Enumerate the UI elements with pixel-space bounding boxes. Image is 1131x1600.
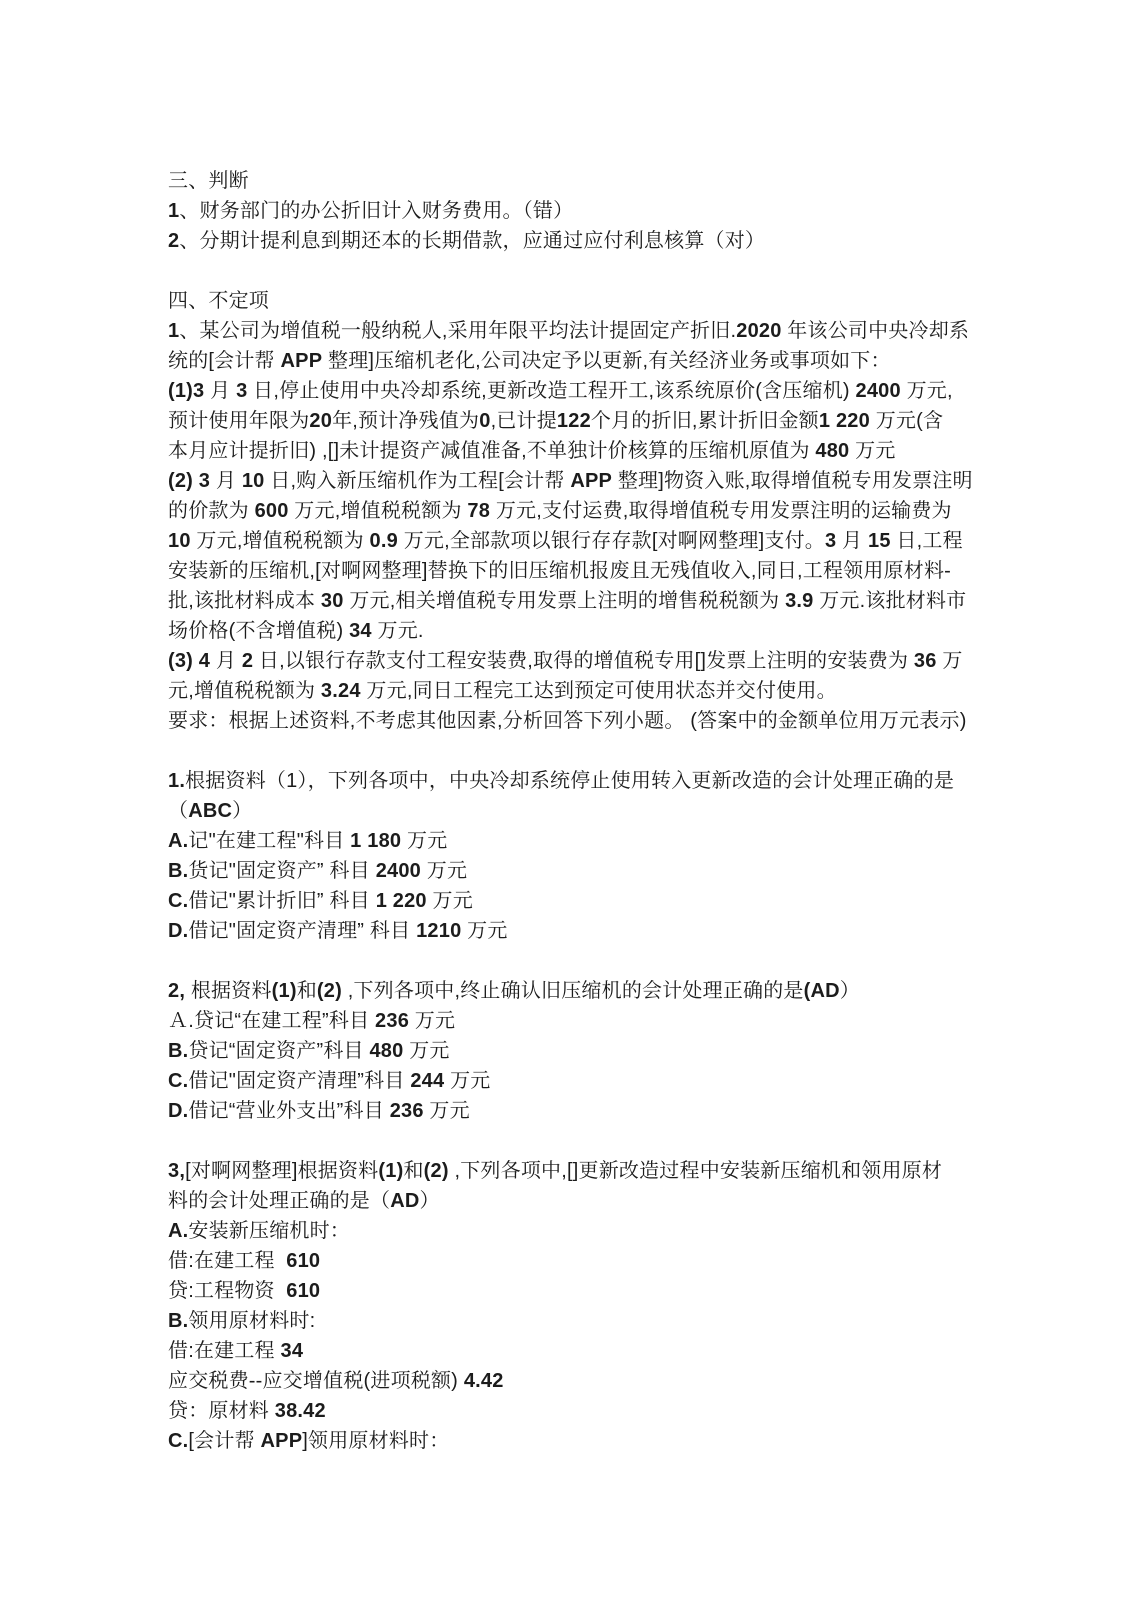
text-segment: 借记"固定资产清理”科目 bbox=[188, 1070, 410, 1092]
bold-text-segment: 10 bbox=[168, 530, 191, 552]
text-segment: ,下列各项中,终止确认旧压缩机的会计处理正确的是 bbox=[342, 980, 804, 1002]
text-segment: ,下列各项中,[]更新改造过程中安装新压缩机和领用原材 bbox=[449, 1160, 942, 1182]
text-line: (3) 4 月 2 日,以银行存款支付工程安装费,取得的增值税专用[]发票上注明… bbox=[168, 646, 1001, 676]
text-line: 贷：原材料 38.42 bbox=[168, 1396, 1001, 1426]
text-segment: 日,购入新压缩机作为工程[会计帮 bbox=[265, 470, 571, 492]
text-segment: （ bbox=[168, 800, 188, 822]
bold-text-segment: AD bbox=[390, 1190, 419, 1212]
text-segment: 、分期计提利息到期还本的长期借款，应通过应付利息核算（对） bbox=[179, 230, 765, 252]
bold-text-segment: 3 bbox=[236, 380, 247, 402]
text-segment: 领用原材料时: bbox=[188, 1310, 315, 1332]
text-segment: 安装新的压缩机,[对啊网整理]替换下的旧压缩机报废且无残值收入,同日,工程领用原… bbox=[168, 560, 951, 582]
bold-text-segment: D. bbox=[168, 1100, 188, 1122]
text-segment: 、财务部门的办公折旧计入财务费用。（错） bbox=[179, 200, 573, 222]
text-line: 安装新的压缩机,[对啊网整理]替换下的旧压缩机报废且无残值收入,同日,工程领用原… bbox=[168, 556, 1001, 586]
bold-text-segment: 0.9 bbox=[370, 530, 398, 552]
bold-text-segment: (2) bbox=[424, 1160, 449, 1182]
bold-text-segment: B. bbox=[168, 1040, 188, 1062]
bold-text-segment: 3 bbox=[825, 530, 836, 552]
bold-text-segment: 1 bbox=[168, 200, 179, 222]
text-segment: Ａ.贷记“在建工程”科目 bbox=[168, 1010, 375, 1032]
bold-text-segment: A. bbox=[168, 830, 188, 852]
text-segment: 日,停止使用中央冷却系统,更新改造工程开工,该系统原价(含压缩机) bbox=[247, 380, 855, 402]
bold-text-segment: 236 bbox=[375, 1010, 409, 1032]
text-line: 2, 根据资料(1)和(2) ,下列各项中,终止确认旧压缩机的会计处理正确的是(… bbox=[168, 976, 1001, 1006]
text-segment: 预计使用年限为 bbox=[168, 410, 309, 432]
bold-text-segment: 34 bbox=[349, 620, 372, 642]
bold-text-segment: A. bbox=[168, 1220, 188, 1242]
text-segment: 万元,同日工程完工达到预定可使用状态并交付使用。 bbox=[361, 680, 837, 702]
bold-text-segment: C. bbox=[168, 1430, 188, 1452]
bold-text-segment: (1)3 bbox=[168, 380, 204, 402]
text-segment: 万元,增值税税额为 bbox=[191, 530, 370, 552]
text-segment: 月 bbox=[836, 530, 868, 552]
text-line: 元,增值税税额为 3.24 万元,同日工程完工达到预定可使用状态并交付使用。 bbox=[168, 676, 1001, 706]
text-line: C.[会计帮 APP]领用原材料时： bbox=[168, 1426, 1001, 1456]
text-segment: 日,工程 bbox=[891, 530, 963, 552]
text-segment: 万元 bbox=[409, 1010, 455, 1032]
bold-text-segment: 78 bbox=[467, 500, 490, 522]
bold-text-segment: 2400 bbox=[856, 380, 901, 402]
text-line: 批,该批材料成本 30 万元,相关增值税专用发票上注明的增售税税额为 3.9 万… bbox=[168, 586, 1001, 616]
text-segment: 万元 bbox=[444, 1070, 490, 1092]
text-line: C.借记"累计折旧” 科目 1 220 万元 bbox=[168, 886, 1001, 916]
text-line: 要求：根据上述资料,不考虑其他因素,分析回答下列小题。 (答案中的金额单位用万元… bbox=[168, 706, 1001, 736]
text-segment: ,已计提 bbox=[491, 410, 557, 432]
text-segment: 贷：原材料 bbox=[168, 1400, 275, 1422]
text-segment: 记"在建工程"科目 bbox=[188, 830, 350, 852]
text-segment: 贷记“固定资产”科目 bbox=[188, 1040, 369, 1062]
text-segment: 月 bbox=[210, 650, 242, 672]
text-segment: 和 bbox=[403, 1160, 423, 1182]
text-segment: 应交税费--应交增值税(进项税额) bbox=[168, 1370, 464, 1392]
text-segment: ） bbox=[420, 1190, 440, 1212]
bold-text-segment: 2, bbox=[168, 980, 185, 1002]
bold-text-segment: 1. bbox=[168, 770, 185, 792]
bold-text-segment: 4.42 bbox=[464, 1370, 504, 1392]
bold-text-segment: APP bbox=[570, 470, 612, 492]
text-line: 三、判断 bbox=[168, 166, 1001, 196]
bold-text-segment: 2400 bbox=[376, 860, 421, 882]
text-segment: 根据资料（1），下列各项中，中央冷却系统停止使用转入更新改造的会计处理正确的是 bbox=[185, 770, 954, 792]
bold-text-segment: 0 bbox=[479, 410, 490, 432]
text-segment: 年,预计净残值为 bbox=[332, 410, 479, 432]
text-segment: 根据资料 bbox=[185, 980, 272, 1002]
text-segment: ） bbox=[232, 800, 252, 822]
text-segment: 万元 bbox=[427, 890, 473, 912]
text-segment: 货记"固定资产” 科目 bbox=[188, 860, 375, 882]
text-segment: 万元 bbox=[403, 1040, 449, 1062]
text-segment: 日,以银行存款支付工程安装费,取得的增值税专用[]发票上注明的安装费为 bbox=[253, 650, 914, 672]
text-line: B.领用原材料时: bbox=[168, 1306, 1001, 1336]
blank-line bbox=[168, 946, 1001, 976]
bold-text-segment: 600 bbox=[255, 500, 289, 522]
text-segment: 万元,增值税税额为 bbox=[289, 500, 468, 522]
bold-text-segment: 122 bbox=[557, 410, 591, 432]
text-line: 2、分期计提利息到期还本的长期借款，应通过应付利息核算（对） bbox=[168, 226, 1001, 256]
text-line: 四、不定项 bbox=[168, 286, 1001, 316]
text-segment: 借:在建工程 bbox=[168, 1250, 286, 1272]
bold-text-segment: 38.42 bbox=[275, 1400, 326, 1422]
text-segment: 整理]物资入账,取得增值税专用发票注明 bbox=[612, 470, 973, 492]
bold-text-segment: B. bbox=[168, 860, 188, 882]
bold-text-segment: APP bbox=[281, 350, 323, 372]
text-segment: 万元, bbox=[901, 380, 953, 402]
bold-text-segment: 480 bbox=[815, 440, 849, 462]
bold-text-segment: 480 bbox=[369, 1040, 403, 1062]
text-line: (1)3 月 3 日,停止使用中央冷却系统,更新改造工程开工,该系统原价(含压缩… bbox=[168, 376, 1001, 406]
bold-text-segment: (2) bbox=[317, 980, 342, 1002]
text-line: 1、某公司为增值税一般纳税人,采用年限平均法计提固定产折旧.2020 年该公司中… bbox=[168, 316, 1001, 346]
bold-text-segment: 1 180 bbox=[350, 830, 401, 852]
bold-text-segment: (3) 4 bbox=[168, 650, 210, 672]
text-segment: 万元. bbox=[372, 620, 424, 642]
text-line: B.货记"固定资产” 科目 2400 万元 bbox=[168, 856, 1001, 886]
text-segment: ]领用原材料时： bbox=[302, 1430, 449, 1452]
text-segment: 万元 bbox=[401, 830, 447, 852]
text-line: B.贷记“固定资产”科目 480 万元 bbox=[168, 1036, 1001, 1066]
document-page: 三、判断1、财务部门的办公折旧计入财务费用。（错）2、分期计提利息到期还本的长期… bbox=[0, 0, 1131, 1600]
bold-text-segment: (AD bbox=[804, 980, 840, 1002]
bold-text-segment: 610 bbox=[286, 1280, 320, 1302]
text-segment: 四、不定项 bbox=[168, 290, 269, 312]
bold-text-segment: (2) 3 bbox=[168, 470, 210, 492]
text-segment: 贷:工程物资 bbox=[168, 1280, 286, 1302]
text-segment: 统的[会计帮 bbox=[168, 350, 281, 372]
bold-text-segment: 2 bbox=[242, 650, 253, 672]
text-line: 借:在建工程 610 bbox=[168, 1246, 1001, 1276]
text-line: D.借记“营业外支出”科目 236 万元 bbox=[168, 1096, 1001, 1126]
text-segment: 借:在建工程 bbox=[168, 1340, 281, 1362]
text-segment: 借记"固定资产清理” 科目 bbox=[188, 920, 416, 942]
bold-text-segment: 20 bbox=[309, 410, 332, 432]
bold-text-segment: 3.9 bbox=[785, 590, 813, 612]
text-line: Ａ.贷记“在建工程”科目 236 万元 bbox=[168, 1006, 1001, 1036]
text-line: 1.根据资料（1），下列各项中，中央冷却系统停止使用转入更新改造的会计处理正确的… bbox=[168, 766, 1001, 796]
text-segment: 万元 bbox=[849, 440, 895, 462]
text-segment: 三、判断 bbox=[168, 170, 249, 192]
text-segment: 万元 bbox=[461, 920, 507, 942]
bold-text-segment: 1210 bbox=[416, 920, 461, 942]
bold-text-segment: 36 bbox=[914, 650, 937, 672]
bold-text-segment: 30 bbox=[321, 590, 344, 612]
bold-text-segment: 244 bbox=[410, 1070, 444, 1092]
text-line: 贷:工程物资 610 bbox=[168, 1276, 1001, 1306]
text-line: D.借记"固定资产清理” 科目 1210 万元 bbox=[168, 916, 1001, 946]
bold-text-segment: ABC bbox=[188, 800, 232, 822]
blank-line bbox=[168, 256, 1001, 286]
text-segment: 月 bbox=[204, 380, 236, 402]
bold-text-segment: (1) bbox=[272, 980, 297, 1002]
text-line: 3,[对啊网整理]根据资料(1)和(2) ,下列各项中,[]更新改造过程中安装新… bbox=[168, 1156, 1001, 1186]
text-line: （ABC） bbox=[168, 796, 1001, 826]
bold-text-segment: 34 bbox=[281, 1340, 304, 1362]
blank-line bbox=[168, 736, 1001, 766]
text-line: 的价款为 600 万元,增值税税额为 78 万元,支付运费,取得增值税专用发票注… bbox=[168, 496, 1001, 526]
text-line: 本月应计提折旧) ,[]未计提资产减值准备,不单独计价核算的压缩机原值为 480… bbox=[168, 436, 1001, 466]
bold-text-segment: (1) bbox=[378, 1160, 403, 1182]
text-segment: 借记"累计折旧” 科目 bbox=[188, 890, 375, 912]
text-segment: 万元,支付运费,取得增值税专用发票注明的运输费为 bbox=[490, 500, 952, 522]
blank-line bbox=[168, 1126, 1001, 1156]
text-segment: [会计帮 bbox=[188, 1430, 260, 1452]
text-segment: 批,该批材料成本 bbox=[168, 590, 321, 612]
text-line: 统的[会计帮 APP 整理]压缩机老化,公司决定予以更新,有关经济业务或事项如下… bbox=[168, 346, 1001, 376]
bold-text-segment: 2020 bbox=[736, 320, 781, 342]
bold-text-segment: C. bbox=[168, 1070, 188, 1092]
text-segment: 万元,全部款项以银行存存款[对啊网整理]支付。 bbox=[398, 530, 825, 552]
bold-text-segment: 610 bbox=[286, 1250, 320, 1272]
text-segment: 万元 bbox=[424, 1100, 470, 1122]
bold-text-segment: 1 220 bbox=[819, 410, 870, 432]
text-segment: 整理]压缩机老化,公司决定予以更新,有关经济业务或事项如下： bbox=[322, 350, 890, 372]
text-line: 预计使用年限为20年,预计净残值为0,已计提122个月的折旧,累计折旧金额1 2… bbox=[168, 406, 1001, 436]
text-segment: 借记“营业外支出”科目 bbox=[188, 1100, 389, 1122]
text-line: A.安装新压缩机时： bbox=[168, 1216, 1001, 1246]
bold-text-segment: 2 bbox=[168, 230, 179, 252]
bold-text-segment: D. bbox=[168, 920, 188, 942]
bold-text-segment: 1 220 bbox=[376, 890, 427, 912]
text-line: 1、财务部门的办公折旧计入财务费用。（错） bbox=[168, 196, 1001, 226]
document-body: 三、判断1、财务部门的办公折旧计入财务费用。（错）2、分期计提利息到期还本的长期… bbox=[168, 166, 1001, 1456]
text-segment: 场价格(不含增值税) bbox=[168, 620, 349, 642]
text-segment: 安装新压缩机时： bbox=[188, 1220, 350, 1242]
text-segment: 万 bbox=[937, 650, 963, 672]
bold-text-segment: 3.24 bbox=[321, 680, 361, 702]
text-segment: 万元(含 bbox=[870, 410, 943, 432]
text-segment: 要求：根据上述资料,不考虑其他因素,分析回答下列小题。 (答案中的金额单位用万元… bbox=[168, 710, 967, 732]
bold-text-segment: 3, bbox=[168, 1160, 185, 1182]
text-segment: ） bbox=[840, 980, 860, 1002]
text-segment: 万元,相关增值税专用发票上注明的增售税税额为 bbox=[344, 590, 785, 612]
text-segment: 料的会计处理正确的是（ bbox=[168, 1190, 390, 1212]
bold-text-segment: 10 bbox=[242, 470, 265, 492]
bold-text-segment: 1 bbox=[168, 320, 179, 342]
text-segment: 的价款为 bbox=[168, 500, 255, 522]
text-segment: 元,增值税税额为 bbox=[168, 680, 321, 702]
text-line: 料的会计处理正确的是（AD） bbox=[168, 1186, 1001, 1216]
text-line: C.借记"固定资产清理”科目 244 万元 bbox=[168, 1066, 1001, 1096]
text-line: 应交税费--应交增值税(进项税额) 4.42 bbox=[168, 1366, 1001, 1396]
text-segment: 个月的折旧,累计折旧金额 bbox=[591, 410, 819, 432]
text-line: (2) 3 月 10 日,购入新压缩机作为工程[会计帮 APP 整理]物资入账,… bbox=[168, 466, 1001, 496]
text-segment: [对啊网整理]根据资料 bbox=[185, 1160, 378, 1182]
text-segment: 万元 bbox=[421, 860, 467, 882]
text-line: 借:在建工程 34 bbox=[168, 1336, 1001, 1366]
text-segment: 年该公司中央冷却系 bbox=[782, 320, 970, 342]
text-segment: 本月应计提折旧) ,[]未计提资产减值准备,不单独计价核算的压缩机原值为 bbox=[168, 440, 815, 462]
bold-text-segment: 236 bbox=[390, 1100, 424, 1122]
text-segment: 、某公司为增值税一般纳税人,采用年限平均法计提固定产折旧. bbox=[179, 320, 736, 342]
text-line: A.记"在建工程"科目 1 180 万元 bbox=[168, 826, 1001, 856]
bold-text-segment: B. bbox=[168, 1310, 188, 1332]
bold-text-segment: 15 bbox=[868, 530, 891, 552]
text-segment: 和 bbox=[297, 980, 317, 1002]
text-segment: 万元.该批材料市 bbox=[813, 590, 966, 612]
text-line: 10 万元,增值税税额为 0.9 万元,全部款项以银行存存款[对啊网整理]支付。… bbox=[168, 526, 1001, 556]
bold-text-segment: C. bbox=[168, 890, 188, 912]
bold-text-segment: APP bbox=[261, 1430, 303, 1452]
text-line: 场价格(不含增值税) 34 万元. bbox=[168, 616, 1001, 646]
text-segment: 月 bbox=[210, 470, 242, 492]
